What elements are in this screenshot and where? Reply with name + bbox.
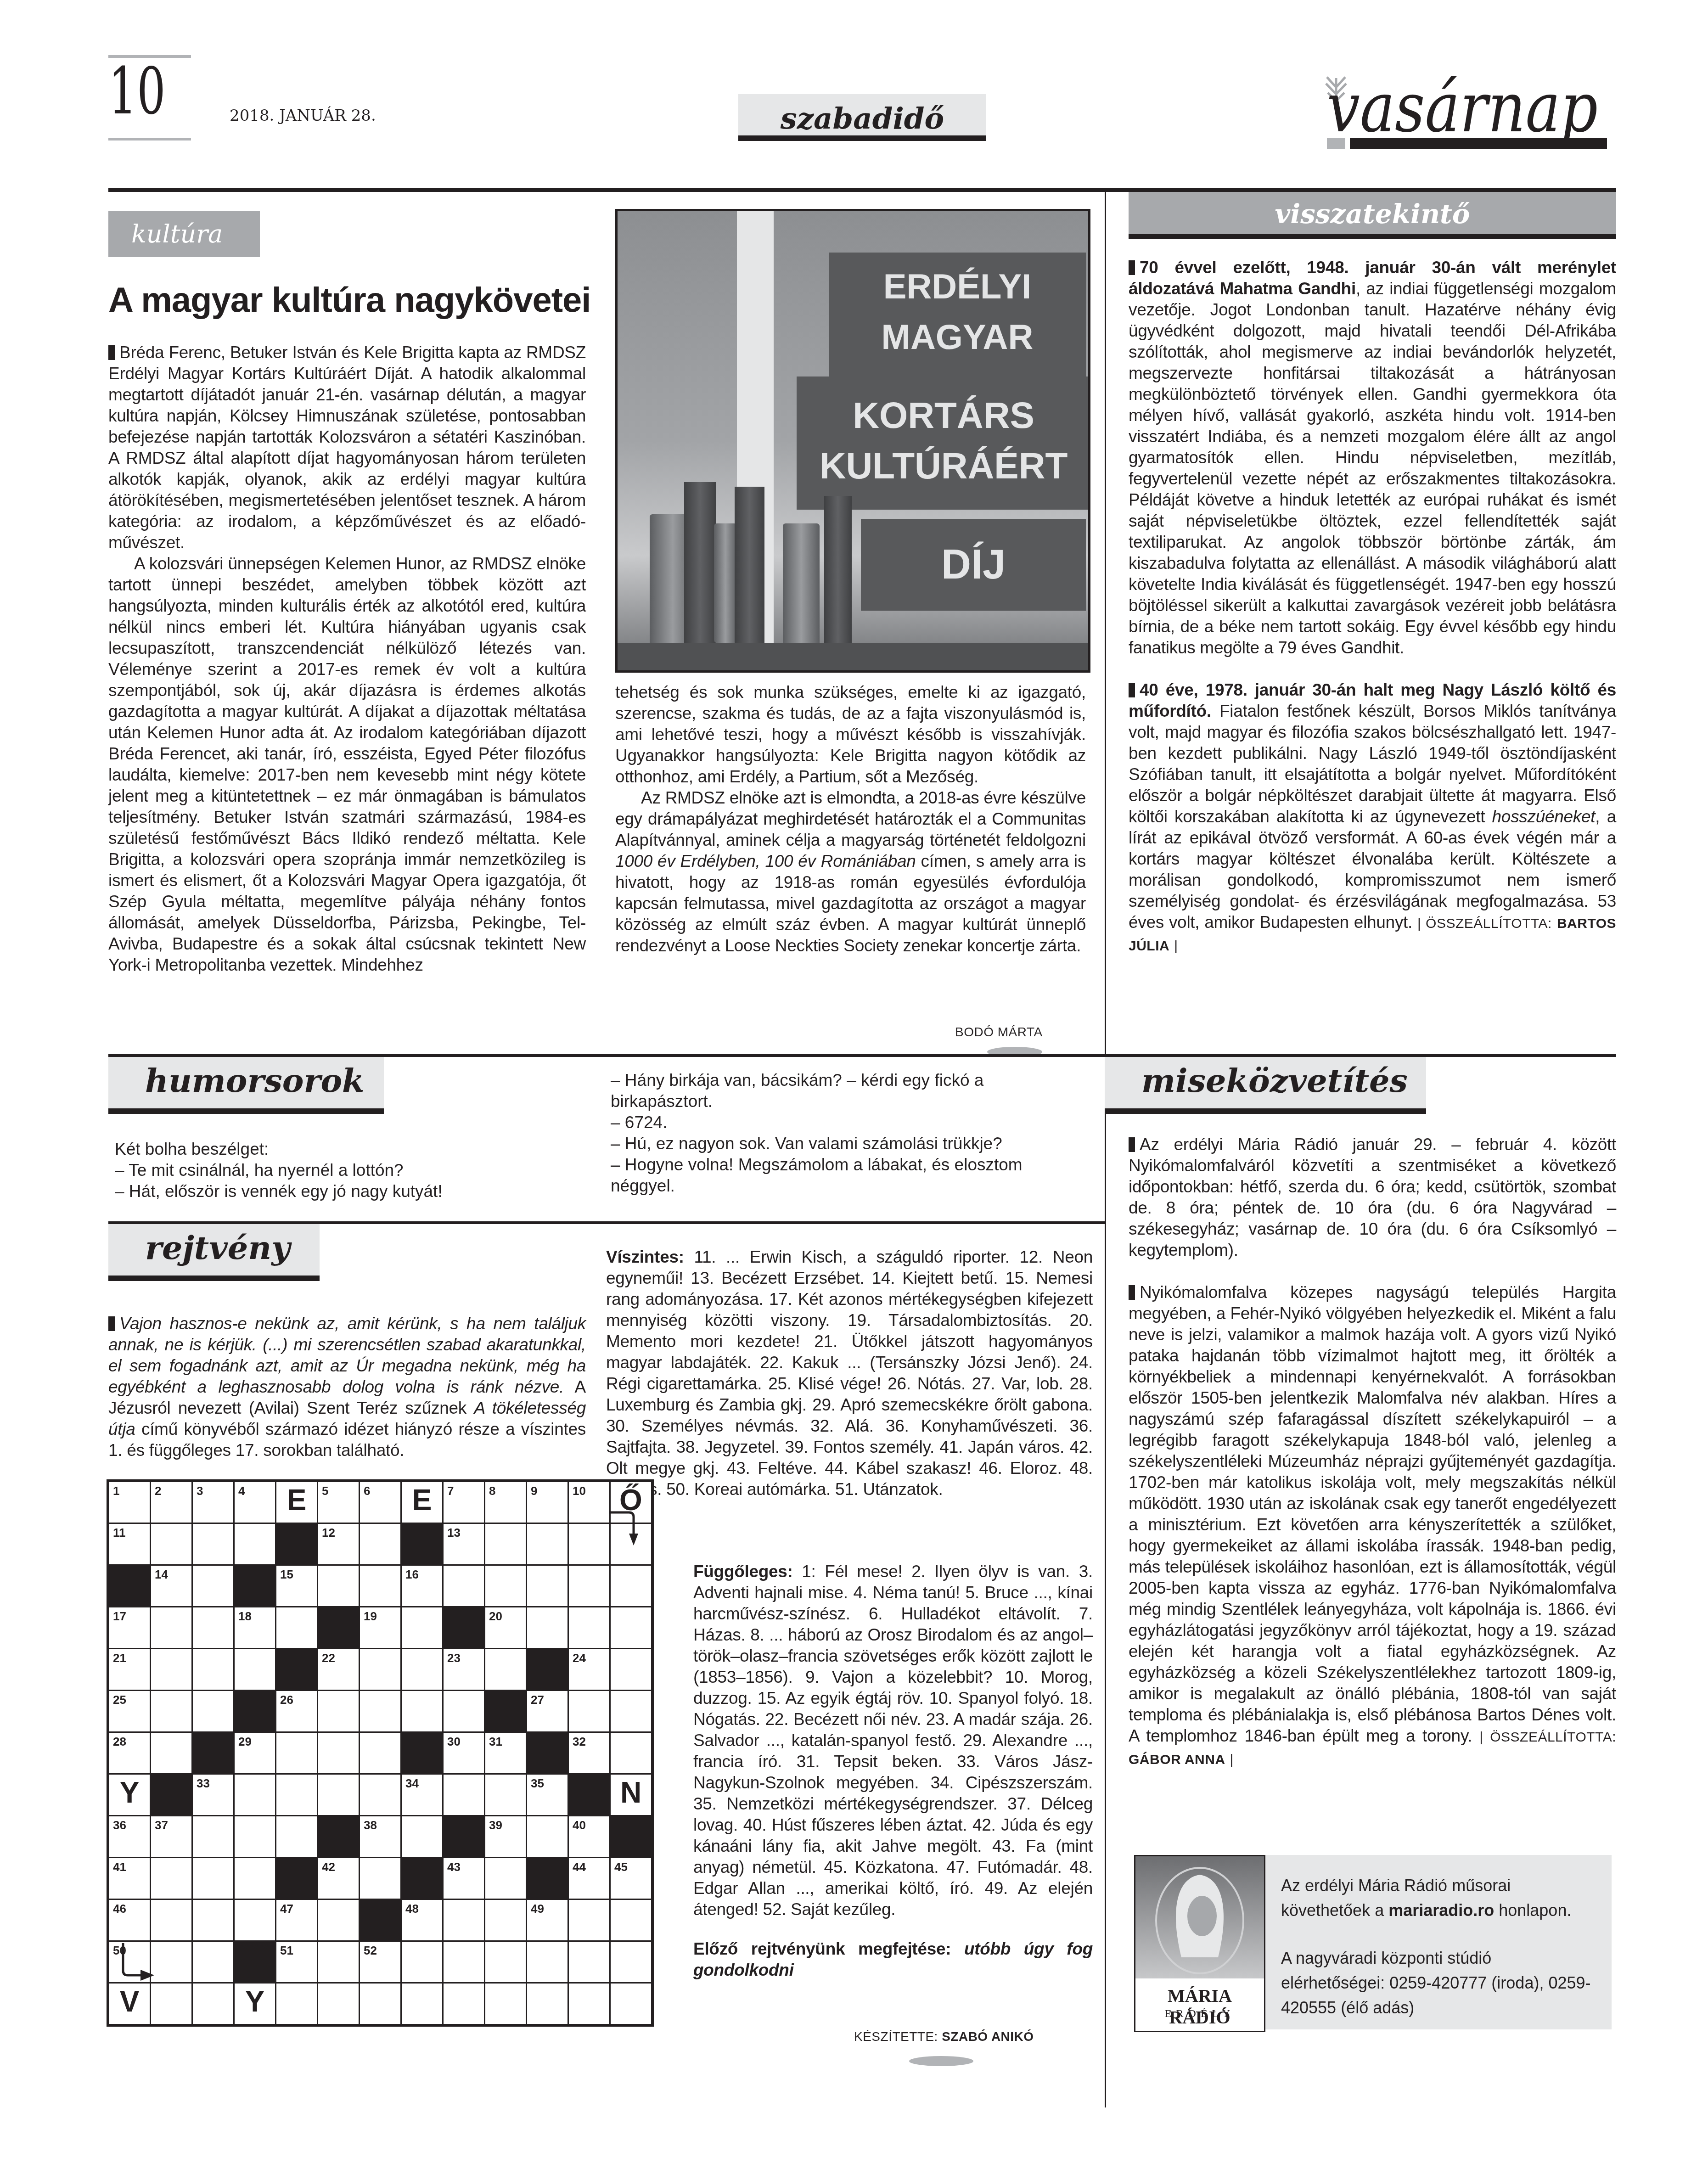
crossword-black-cell [569, 1775, 609, 1815]
crossword-grid: 1234E56E78910Ő11121314151617181920212223… [107, 1479, 654, 2027]
crossword-cell[interactable] [193, 1816, 233, 1857]
clue-number: 12 [322, 1526, 335, 1540]
crossword-cell[interactable] [235, 1900, 275, 1940]
crossword-cell[interactable]: 36 [109, 1816, 150, 1857]
spacer [1129, 1261, 1616, 1282]
logo-title: MÁRIA RÁDIÓ [1135, 1985, 1264, 2028]
crossword-given-letter-cell[interactable]: Y [109, 1775, 150, 1815]
crossword-black-cell [276, 1524, 317, 1564]
visszatekinto-label-box: visszatekintő [1129, 192, 1616, 239]
crossword-cell[interactable] [360, 1566, 400, 1606]
crossword-cell[interactable]: 37 [151, 1816, 191, 1857]
kultura-paragraph-1: Bréda Ferenc, Betuker István és Kele Bri… [108, 342, 586, 553]
trophy-tube-3 [824, 496, 852, 643]
crossword-cell[interactable]: 42 [318, 1858, 359, 1899]
ad-website-line: Az erdélyi Mária Rádió műsorai követhető… [1281, 1873, 1593, 1923]
rejtveny-intro: Vajon hasznos-e nekünk az, amit kérünk, … [108, 1313, 586, 1461]
crossword-given-letter-cell[interactable]: Y [235, 1984, 275, 2024]
crossword-cell[interactable] [402, 1691, 442, 1731]
madonna-icon [1154, 1866, 1246, 1976]
photo-table [618, 643, 1088, 670]
crossword-cell[interactable] [360, 1649, 400, 1690]
crossword-cell[interactable] [193, 1524, 233, 1564]
crossword-black-cell [444, 1816, 484, 1857]
crossword-cell[interactable] [485, 1775, 526, 1815]
clue-number: 35 [531, 1776, 544, 1791]
crossword-cell[interactable] [527, 1607, 567, 1648]
clue-number: 51 [280, 1944, 293, 1958]
crossword-cell[interactable] [318, 1691, 359, 1731]
crossword-black-cell [235, 1566, 275, 1606]
crossword-cell[interactable] [276, 1607, 317, 1648]
crossword-cell[interactable]: 47 [276, 1900, 317, 1940]
crossword-cell[interactable]: 13 [444, 1524, 484, 1564]
crossword-cell[interactable] [151, 1649, 191, 1690]
crossword-cell[interactable]: 45 [611, 1858, 651, 1899]
clue-number: 18 [238, 1609, 252, 1624]
crossword-cell[interactable] [360, 1691, 400, 1731]
crossword-cell[interactable] [569, 1607, 609, 1648]
crossword-cell[interactable] [193, 1900, 233, 1940]
crossword-cell[interactable] [360, 1733, 400, 1773]
trophy-tube-2 [735, 487, 764, 643]
crossword-cell[interactable]: 16 [402, 1566, 442, 1606]
clue-number: 7 [447, 1484, 454, 1498]
clue-number: 20 [489, 1609, 502, 1624]
column-divider [1105, 188, 1106, 2107]
clue-number: 32 [573, 1735, 586, 1749]
crossword-cell[interactable] [235, 1775, 275, 1815]
crossword-cell[interactable] [235, 1858, 275, 1899]
crossword-cell[interactable] [569, 1900, 609, 1940]
kultura-column-1: Bréda Ferenc, Betuker István és Kele Bri… [108, 342, 586, 976]
crossword-cell[interactable]: 33 [193, 1775, 233, 1815]
kultura-paragraph-2: A kolozsvári ünnepségen Kelemen Hunor, a… [108, 553, 586, 976]
clue-number: 25 [113, 1693, 126, 1707]
bullet-icon [1129, 1285, 1135, 1300]
crossword-cell[interactable]: 11 [109, 1524, 150, 1564]
clue-number: 42 [322, 1860, 335, 1874]
crossword-cell[interactable] [360, 1524, 400, 1564]
crossword-cell[interactable]: 9 [527, 1482, 567, 1523]
photo-sign-3: DÍJ [861, 519, 1086, 611]
crossword-cell[interactable] [235, 1524, 275, 1564]
clue-number: 13 [447, 1526, 461, 1540]
crossword-cell[interactable]: 40 [569, 1816, 609, 1857]
crossword-black-cell [402, 1524, 442, 1564]
crossword-cell[interactable] [569, 1566, 609, 1606]
crossword-black-cell [276, 1649, 317, 1690]
crossword-cell[interactable] [193, 1984, 233, 2024]
crossword-cell[interactable] [193, 1607, 233, 1648]
kultura-paragraph-3: tehetség és sok munka szükséges, emelte … [615, 682, 1086, 787]
clue-number: 17 [113, 1609, 126, 1624]
clue-number: 26 [280, 1693, 293, 1707]
section-tab: szabadidő [738, 94, 986, 141]
trophy-2 [714, 523, 737, 643]
crossword-black-cell [402, 1733, 442, 1773]
crossword-cell[interactable] [276, 1775, 317, 1815]
crossword-black-cell [318, 1816, 359, 1857]
joke-2: – Hány birkája van, bácsikám? – kérdi eg… [611, 1070, 1070, 1197]
bullet-icon [1129, 1137, 1135, 1152]
crossword-cell[interactable]: 28 [109, 1733, 150, 1773]
crossword-cell[interactable] [318, 1733, 359, 1773]
clue-number: 34 [405, 1776, 419, 1791]
crossword-cell[interactable] [569, 1524, 609, 1564]
crossword-black-cell [402, 1858, 442, 1899]
masthead-rule [1350, 138, 1607, 149]
crossword-cell[interactable] [485, 1524, 526, 1564]
crossword-cell[interactable] [444, 1942, 484, 1982]
crossword-cell[interactable] [151, 1900, 191, 1940]
clue-number: 48 [405, 1902, 419, 1916]
maria-radio-ad: MÁRIA RÁDIÓ ERDÉLY Az erdélyi Mária Rádi… [1134, 1855, 1612, 2029]
crossword-cell[interactable]: 12 [318, 1524, 359, 1564]
crossword-black-cell [276, 1858, 317, 1899]
crossword-cell[interactable] [276, 1816, 317, 1857]
crossword-cell[interactable]: 49 [527, 1900, 567, 1940]
clue-number: 29 [238, 1735, 252, 1749]
misekozvetites-label: miseközvetítés [1141, 1062, 1408, 1100]
crossword-cell[interactable] [527, 1566, 567, 1606]
puzzle-author-oval [909, 2056, 973, 2066]
crossword-cell[interactable] [402, 1942, 442, 1982]
page-number-rule-bottom [108, 138, 191, 140]
logo-subtitle: ERDÉLY [1135, 2008, 1264, 2020]
crossword-given-letter-cell[interactable]: V [109, 1984, 150, 2024]
crossword-cell[interactable] [193, 1858, 233, 1899]
crossword-cell[interactable]: 27 [527, 1691, 567, 1731]
crossword-cell[interactable] [402, 1607, 442, 1648]
kultura-author: BODÓ MÁRTA [955, 1025, 1043, 1040]
crossword-cell[interactable]: 2 [151, 1482, 191, 1523]
arrow-right-down-icon [606, 1511, 643, 1547]
crossword-cell[interactable]: 10 [569, 1482, 609, 1523]
crossword-cell[interactable] [485, 1900, 526, 1940]
maria-radio-logo: MÁRIA RÁDIÓ ERDÉLY [1134, 1855, 1265, 2032]
crossword-cell[interactable]: 34 [402, 1775, 442, 1815]
crossword-cell[interactable] [402, 1649, 442, 1690]
crossword-cell[interactable] [611, 1566, 651, 1606]
crossword-cell[interactable] [569, 1984, 609, 2024]
previous-solution: Előző rejtvényünk megfejtése: utóbb úgy … [693, 1939, 1093, 1981]
crossword-cell[interactable] [444, 1984, 484, 2024]
clue-number: 19 [364, 1609, 377, 1624]
crossword-cell[interactable]: 4 [235, 1482, 275, 1523]
crossword-cell[interactable] [527, 1524, 567, 1564]
clue-number: 49 [531, 1902, 544, 1916]
rejtveny-label: rejtvény [145, 1229, 290, 1267]
crossword-cell[interactable] [611, 1691, 651, 1731]
crossword-cell[interactable]: 32 [569, 1733, 609, 1773]
crossword-cell[interactable] [151, 1691, 191, 1731]
crossword-cell[interactable]: 21 [109, 1649, 150, 1690]
crossword-cell[interactable]: 51 [276, 1942, 317, 1982]
crossword-cell[interactable]: 38 [360, 1816, 400, 1857]
across-clues: Víszintes: 11. ... Erwin Kisch, a szágul… [606, 1247, 1093, 1500]
given-letter: Y [235, 1984, 275, 2018]
crossword-cell[interactable] [444, 1900, 484, 1940]
spacer [1129, 658, 1616, 680]
crossword-cell[interactable]: 14 [151, 1566, 191, 1606]
joke-1: Két bolha beszélget: – Te mit csinálnál,… [115, 1139, 443, 1202]
clue-number: 6 [364, 1484, 370, 1498]
crossword-cell[interactable]: 31 [485, 1733, 526, 1773]
clue-number: 21 [113, 1651, 126, 1665]
crossword-cell[interactable] [151, 1733, 191, 1773]
crossword-cell[interactable] [151, 1858, 191, 1899]
crossword-cell[interactable] [151, 1607, 191, 1648]
crossword-cell[interactable] [276, 1733, 317, 1773]
clue-number: 16 [405, 1568, 419, 1582]
article-title: A magyar kultúra nagykövetei [108, 280, 590, 320]
mise-village-history: Nyikómalomfalva közepes nagyságú települ… [1129, 1282, 1616, 1770]
crossword-cell[interactable] [611, 1649, 651, 1690]
clue-number: 1 [113, 1484, 119, 1498]
crossword-black-cell [527, 1858, 567, 1899]
kultura-paragraph-4: Az RMDSZ elnöke azt is elmondta, a 2018-… [615, 787, 1086, 956]
down-clues: Függőleges: 1: Fél mese! 2. Ilyen ölyv i… [693, 1561, 1093, 1981]
page-number: 10 [108, 60, 166, 124]
kultura-label-box: kultúra [108, 211, 260, 257]
crossword-cell[interactable] [402, 1984, 442, 2024]
crossword-cell[interactable] [235, 1816, 275, 1857]
puzzle-author: KÉSZÍTETTE: SZABÓ ANIKÓ [854, 2029, 1034, 2044]
clue-number: 23 [447, 1651, 461, 1665]
crossword-cell[interactable]: 41 [109, 1858, 150, 1899]
crossword-cell[interactable] [485, 1984, 526, 2024]
crossword-black-cell [109, 1566, 150, 1606]
clue-number: 15 [280, 1568, 293, 1582]
crossword-cell[interactable]: 29 [235, 1733, 275, 1773]
crossword-given-letter-cell[interactable]: E [402, 1482, 442, 1523]
crossword-cell[interactable] [444, 1775, 484, 1815]
crossword-cell[interactable] [193, 1649, 233, 1690]
clue-number: 47 [280, 1902, 293, 1916]
crossword-black-cell [235, 1691, 275, 1731]
crossword-cell[interactable] [276, 1984, 317, 2024]
crossword-cell[interactable]: 43 [444, 1858, 484, 1899]
crossword-cell[interactable]: 30 [444, 1733, 484, 1773]
crossword-cell[interactable] [318, 1775, 359, 1815]
arrow-down-right-icon [120, 1943, 157, 1984]
visszatekinto-label: visszatekintő [1129, 198, 1616, 230]
crossword-black-cell [611, 1816, 651, 1857]
crossword-black-cell [151, 1775, 191, 1815]
trophy-3 [783, 523, 820, 647]
crossword-cell[interactable]: 3 [193, 1482, 233, 1523]
mise-body: Az erdélyi Mária Rádió január 29. – febr… [1129, 1134, 1616, 1770]
crossword-cell[interactable]: 7 [444, 1482, 484, 1523]
clue-number: 36 [113, 1818, 126, 1832]
given-letter: V [109, 1984, 150, 2018]
photo-sign-2: KORTÁRS KULTÚRÁÉRT [797, 376, 1090, 510]
clue-number: 30 [447, 1735, 461, 1749]
clue-number: 27 [531, 1693, 544, 1707]
crossword-cell[interactable] [318, 1942, 359, 1982]
clue-number: 40 [573, 1818, 586, 1832]
top-rule [108, 188, 1616, 192]
crossword-cell[interactable]: 25 [109, 1691, 150, 1731]
bullet-icon [1129, 683, 1135, 697]
crossword-cell[interactable]: 46 [109, 1900, 150, 1940]
crossword-cell[interactable] [611, 1984, 651, 2024]
masthead-title: vasárnap [1327, 73, 1598, 142]
crossword-cell[interactable] [318, 1984, 359, 2024]
crossword-cell[interactable]: 20 [485, 1607, 526, 1648]
crossword-cell[interactable] [193, 1566, 233, 1606]
crossword-black-cell [193, 1733, 233, 1773]
crossword-cell[interactable] [402, 1816, 442, 1857]
kultura-column-2: tehetség és sok munka szükséges, emelte … [615, 682, 1086, 956]
misekozvetites-header: miseközvetítés [1105, 1057, 1426, 1114]
clue-number: 46 [113, 1902, 126, 1916]
crossword-cell[interactable] [444, 1566, 484, 1606]
kultura-label: kultúra [131, 219, 223, 248]
humorsorok-label: humorsorok [145, 1062, 365, 1100]
crossword-cell[interactable] [360, 1775, 400, 1815]
crossword-cell[interactable] [151, 1942, 191, 1982]
masthead-accent [1327, 138, 1345, 149]
crossword-cell[interactable]: 8 [485, 1482, 526, 1523]
crossword-cell[interactable]: 19 [360, 1607, 400, 1648]
crossword-black-cell [527, 1733, 567, 1773]
issue-date: 2018. JANUÁR 28. [230, 107, 376, 125]
crossword-black-cell [444, 1607, 484, 1648]
crossword-cell[interactable]: 44 [569, 1858, 609, 1899]
crossword-cell[interactable] [151, 1984, 191, 2024]
clue-number: 37 [155, 1818, 168, 1832]
crossword-black-cell [485, 1691, 526, 1731]
website-link[interactable]: mariaradio.ro [1388, 1901, 1494, 1920]
visszatekinto-body: 70 évvel ezelőtt, 1948. január 30-án vál… [1129, 257, 1616, 957]
crossword-cell[interactable]: 17 [109, 1607, 150, 1648]
clue-number: 4 [238, 1484, 245, 1498]
crossword-cell[interactable] [318, 1900, 359, 1940]
crossword-cell[interactable]: 26 [276, 1691, 317, 1731]
nagy-laszlo-item: 40 éve, 1978. január 30-án halt meg Nagy… [1129, 680, 1616, 957]
crossword-cell[interactable] [527, 1984, 567, 2024]
photo-sign-1: ERDÉLYI MAGYAR [829, 253, 1086, 386]
clue-number: 41 [113, 1860, 126, 1874]
clue-number: 10 [573, 1484, 586, 1498]
clue-number: 38 [364, 1818, 377, 1832]
crossword-black-cell [527, 1649, 567, 1690]
masthead: vasárnap [1322, 73, 1616, 147]
ad-phone-line: A nagyváradi központi stúdió elérhetőség… [1281, 1946, 1593, 2020]
clue-number: 52 [364, 1944, 377, 1958]
rejtveny-header: rejtvény [108, 1224, 320, 1281]
clue-number: 43 [447, 1860, 461, 1874]
crossword-cell[interactable] [527, 1816, 567, 1857]
award-photo: ERDÉLYI MAGYAR KORTÁRS KULTÚRÁÉRT DÍJ [615, 209, 1090, 673]
crossword-cell[interactable] [193, 1942, 233, 1982]
crossword-given-letter-cell[interactable]: E [276, 1482, 317, 1523]
clue-number: 39 [489, 1818, 502, 1832]
crossword-cell[interactable] [318, 1566, 359, 1606]
crossword-cell[interactable] [611, 1733, 651, 1773]
crossword-cell[interactable] [569, 1691, 609, 1731]
crossword-cell[interactable] [151, 1524, 191, 1564]
crossword-cell[interactable] [611, 1900, 651, 1940]
gandhi-item: 70 évvel ezelőtt, 1948. január 30-án vál… [1129, 257, 1616, 658]
clue-number: 44 [573, 1860, 586, 1874]
clue-number: 5 [322, 1484, 328, 1498]
given-letter: Y [109, 1776, 150, 1809]
clue-number: 45 [614, 1860, 628, 1874]
clue-number: 8 [489, 1484, 495, 1498]
crossword-cell[interactable] [360, 1984, 400, 2024]
crossword-cell[interactable] [193, 1691, 233, 1731]
crossword-cell[interactable] [360, 1858, 400, 1899]
crossword-cell[interactable]: 1 [109, 1482, 150, 1523]
crossword-cell[interactable]: 39 [485, 1816, 526, 1857]
clue-number: 31 [489, 1735, 502, 1749]
crossword-cell[interactable] [485, 1566, 526, 1606]
clue-number: 3 [197, 1484, 203, 1498]
mise-schedule: Az erdélyi Mária Rádió január 29. – febr… [1129, 1134, 1616, 1261]
crossword-cell[interactable]: 22 [318, 1649, 359, 1690]
bullet-icon [108, 1316, 115, 1331]
bullet-icon [1129, 260, 1135, 275]
crossword-cell[interactable]: 23 [444, 1649, 484, 1690]
crossword-given-letter-cell[interactable]: N [611, 1775, 651, 1815]
crossword-cell[interactable]: 18 [235, 1607, 275, 1648]
crossword-cell[interactable]: 35 [527, 1775, 567, 1815]
crossword-cell[interactable] [444, 1691, 484, 1731]
crossword-black-cell [318, 1607, 359, 1648]
bullet-icon [108, 345, 115, 360]
crossword-cell[interactable]: 48 [402, 1900, 442, 1940]
crossword-cell[interactable]: 15 [276, 1566, 317, 1606]
clue-number: 9 [531, 1484, 537, 1498]
crossword-cell[interactable]: 52 [360, 1942, 400, 1982]
crossword-cell[interactable] [485, 1649, 526, 1690]
trophy-tube-1 [684, 482, 716, 643]
humorsorok-header: humorsorok [108, 1057, 384, 1114]
crossword-black-cell [235, 1942, 275, 1982]
crossword-cell[interactable] [611, 1607, 651, 1648]
clue-number: 33 [197, 1776, 210, 1791]
crossword-cell[interactable] [611, 1942, 651, 1982]
crossword-cell[interactable] [569, 1942, 609, 1982]
crossword-cell[interactable] [485, 1942, 526, 1982]
clue-number: 22 [322, 1651, 335, 1665]
crossword-cell[interactable] [527, 1942, 567, 1982]
crossword-cell[interactable]: 6 [360, 1482, 400, 1523]
given-letter: E [276, 1483, 317, 1517]
crossword-black-cell [360, 1900, 400, 1940]
given-letter: N [611, 1776, 651, 1809]
clue-number: 28 [113, 1735, 126, 1749]
crossword-cell[interactable] [485, 1858, 526, 1899]
clue-number: 14 [155, 1568, 168, 1582]
crossword-cell[interactable]: 24 [569, 1649, 609, 1690]
crossword-cell[interactable] [235, 1649, 275, 1690]
given-letter: E [402, 1483, 442, 1517]
ad-text: Az erdélyi Mária Rádió műsorai követhető… [1281, 1873, 1593, 2020]
clue-number: 11 [113, 1526, 126, 1540]
clue-number: 24 [573, 1651, 586, 1665]
section-tab-label: szabadidő [738, 101, 986, 136]
clue-number: 2 [155, 1484, 161, 1498]
crossword-cell[interactable]: 5 [318, 1482, 359, 1523]
